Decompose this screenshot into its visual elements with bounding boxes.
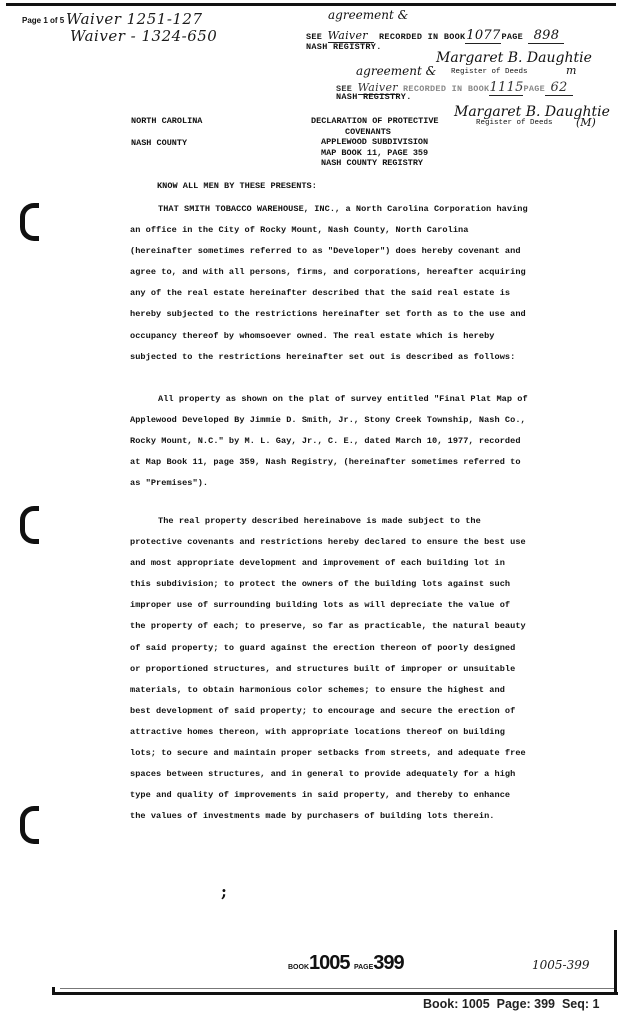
register-title: Register of Deeds: [451, 68, 528, 76]
paragraph-text: The real property described hereinabove …: [130, 511, 530, 827]
stamp-book-label: BOOK: [288, 964, 309, 971]
body-paragraph-2: All property as shown on the plat of sur…: [130, 389, 530, 494]
recorded-label: RECORDED IN BOOK: [379, 32, 465, 42]
book-page-stamp: BOOK1005 PAGE399: [288, 952, 404, 975]
see-value: Waiver: [328, 29, 374, 43]
see-label: SEE: [306, 32, 322, 42]
paragraph-text: All property as shown on the plat of sur…: [130, 389, 530, 494]
title-line-5: NASH COUNTY REGISTRY: [311, 158, 471, 169]
registry-label: NASH REGISTRY.: [306, 42, 382, 52]
title-line-2: COVENANTS: [311, 127, 471, 138]
document-title: DECLARATION OF PROTECTIVE COVENANTS APPL…: [311, 116, 471, 169]
frame-left-tick: [52, 987, 55, 995]
title-line-3: APPLEWOOD SUBDIVISION: [311, 137, 471, 148]
register-initial: m: [566, 64, 576, 77]
paragraph-text: THAT SMITH TOBACCO WAREHOUSE, INC., a No…: [130, 199, 530, 368]
body-paragraph-1: THAT SMITH TOBACCO WAREHOUSE, INC., a No…: [130, 199, 530, 368]
registry-label: NASH REGISTRY.: [336, 92, 412, 102]
binding-hole-icon: [20, 203, 39, 241]
handwritten-book-ref: 1005-399: [532, 958, 590, 972]
handwritten-waiver-1: Waiver 1251-127: [66, 10, 203, 28]
stamp-prefix: agreement &: [328, 8, 408, 22]
stray-mark: ;: [221, 882, 227, 901]
opening-line: KNOW ALL MEN BY THESE PRESENTS:: [157, 181, 317, 191]
stamp-page-label: PAGE: [354, 964, 373, 971]
binding-hole-icon: [20, 506, 39, 544]
state-label: NORTH CAROLINA: [131, 116, 202, 126]
page-indicator: Page 1 of 5: [22, 16, 64, 25]
title-line-1: DECLARATION OF PROTECTIVE: [311, 116, 471, 127]
frame-bottom-border: [52, 992, 618, 995]
frame-thin-line: [60, 988, 615, 989]
register-title: Register of Deeds: [476, 119, 553, 127]
book-page-seq: Book: 1005 Page: 399 Seq: 1: [423, 997, 599, 1011]
page-number: 62: [545, 80, 573, 96]
stamp-book-number: 1005: [309, 952, 350, 974]
county-label: NASH COUNTY: [131, 138, 187, 148]
recorded-label: RECORDED IN BOOK: [403, 84, 489, 94]
book-number: 1077: [465, 28, 501, 44]
title-line-4: MAP BOOK 11, PAGE 359: [311, 148, 471, 159]
stamp-prefix: agreement &: [356, 64, 436, 78]
page-label: PAGE: [523, 84, 545, 94]
page-number: 898: [528, 28, 564, 44]
binding-hole-icon: [20, 806, 39, 844]
book-number: 1115: [489, 80, 523, 96]
page-label: PAGE: [501, 32, 523, 42]
scan-top-border: [6, 3, 616, 6]
stamp-page-number: 399: [373, 952, 403, 974]
handwritten-waiver-2: Waiver - 1324-650: [70, 27, 217, 45]
body-paragraph-3: The real property described hereinabove …: [130, 511, 530, 827]
register-initial: (M): [576, 116, 596, 129]
frame-right-border: [614, 930, 617, 995]
